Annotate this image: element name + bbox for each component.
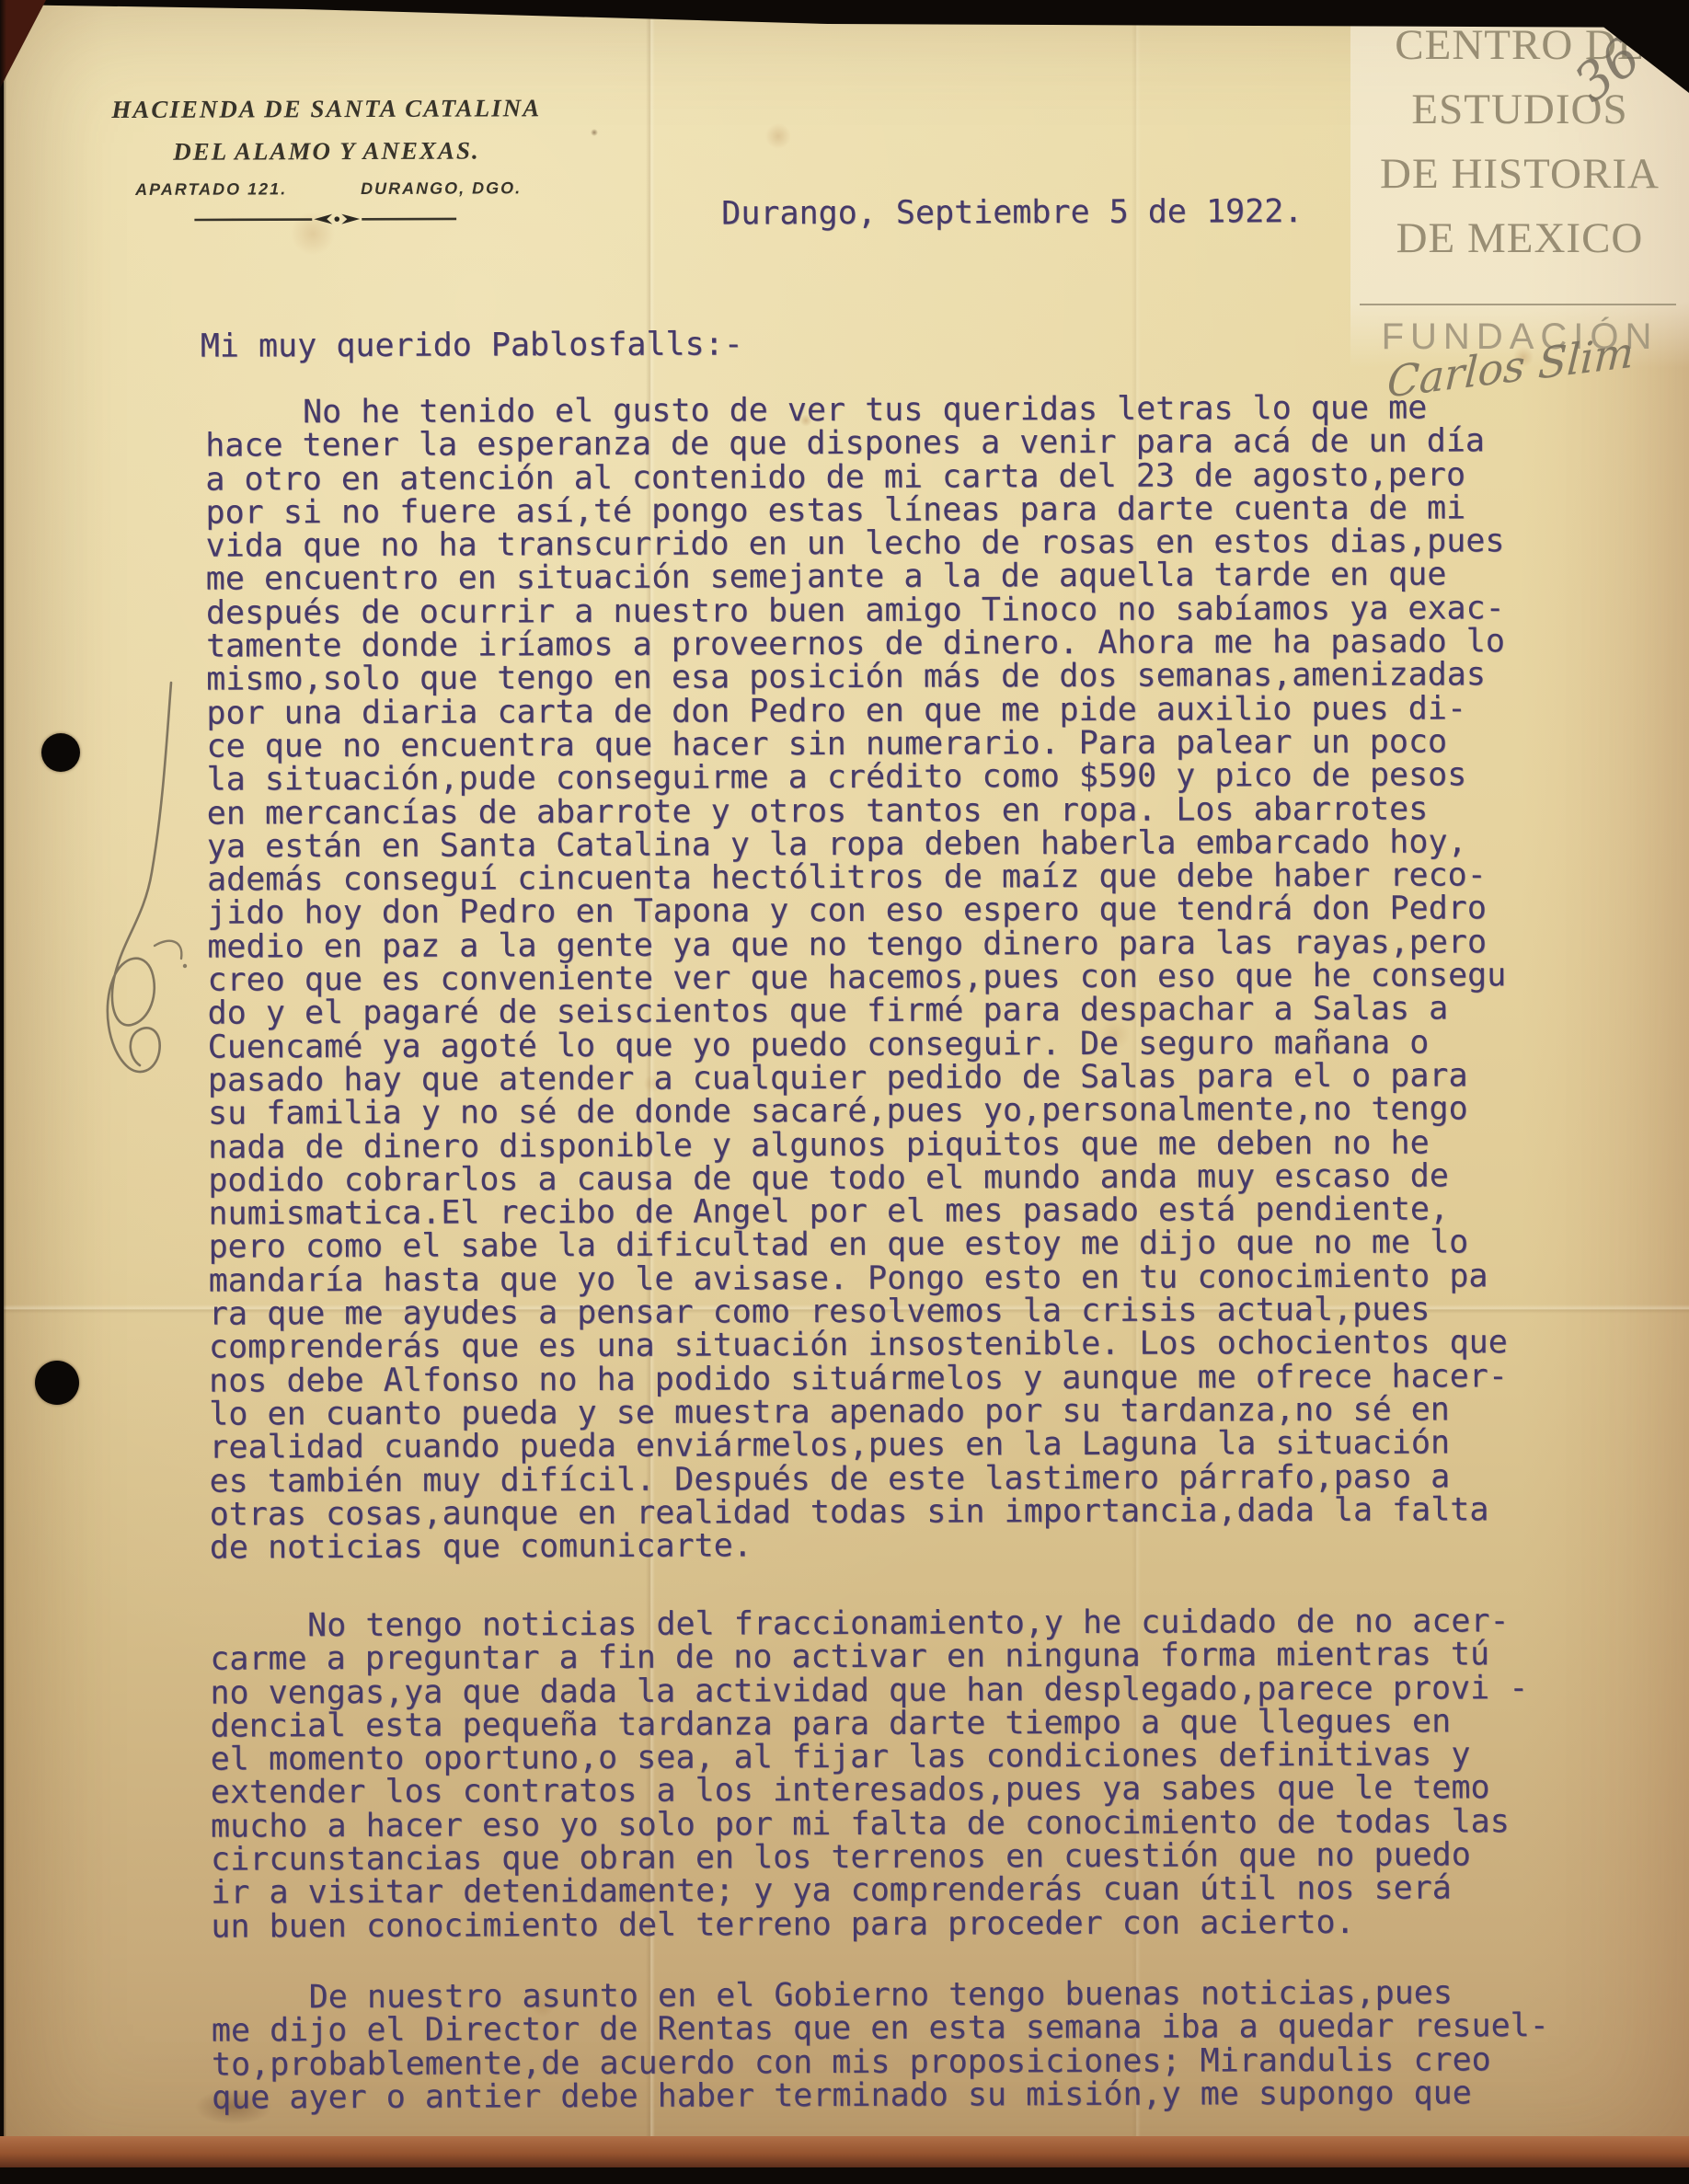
scanned-letter: CENTRO DE ESTUDIOS DE HISTORIA DE MEXICO…	[0, 0, 1689, 2184]
pencil-scribble	[74, 672, 193, 1113]
scan-edge-left	[0, 0, 6, 2184]
dateline: Durango, Septiembre 5 de 1922.	[721, 193, 1303, 232]
letterhead-ornament	[194, 212, 456, 227]
paragraph: De nuestro asunto en el Gobierno tengo b…	[212, 1976, 1602, 2115]
letterhead-line1: HACIENDA DE SANTA CATALINA	[78, 94, 575, 124]
letterhead-line3: APARTADO 121. DURANGO, DGO.	[135, 178, 522, 200]
paper-bottom-edge	[0, 2136, 1689, 2167]
punch-hole	[35, 1361, 79, 1405]
letterhead-city: DURANGO, DGO.	[361, 178, 522, 199]
letter-content: HACIENDA DE SANTA CATALINA DEL ALAMO Y A…	[0, 0, 1689, 2184]
paragraph: No he tenido el gusto de ver tus querida…	[205, 391, 1599, 1565]
salutation: Mi muy querido Pablosfalls:-	[201, 326, 743, 364]
paragraph: No tengo noticias del fraccionamiento,y …	[210, 1604, 1600, 1944]
letterhead-line2: DEL ALAMO Y ANEXAS.	[78, 136, 575, 167]
letterhead-po-box: APARTADO 121.	[135, 179, 287, 200]
